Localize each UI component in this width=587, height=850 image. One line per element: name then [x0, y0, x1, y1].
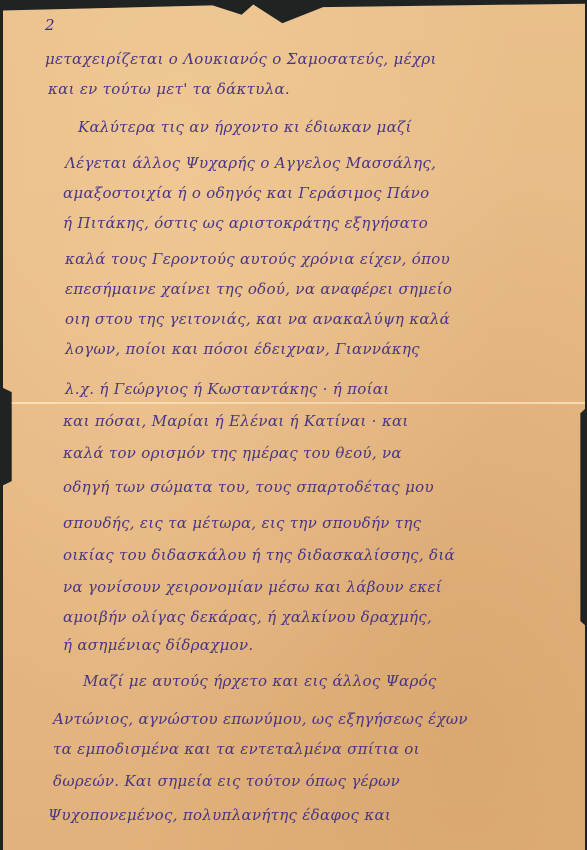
handwritten-line: καλά τον ορισμόν της ημέρας του θεού, να — [63, 444, 402, 462]
handwritten-line: οιη στου της γειτονιάς, και να ανακαλύψη… — [65, 310, 450, 328]
handwritten-line: σπουδής, εις τα μέτωρα, εις την σπουδήν … — [63, 514, 421, 532]
handwritten-line: και εν τούτω μετ' τα δάκτυλα. — [48, 80, 290, 98]
handwritten-line: ή Πιτάκης, όστις ως αριστοκράτης εξηγήσα… — [63, 214, 428, 232]
handwritten-line: οδηγή των σώματα του, τους σπαρτοδέτας μ… — [63, 478, 434, 496]
handwritten-line: Λέγεται άλλος Ψυχαρής ο Αγγελος Μασσάλης… — [65, 154, 436, 172]
handwritten-line: και πόσαι, Μαρίαι ή Ελέναι ή Κατίναι · κ… — [63, 412, 409, 430]
paper-fold-line — [3, 402, 585, 404]
page-number: 2 — [45, 16, 55, 34]
handwritten-line: καλά τους Γεροντούς αυτούς χρόνια είχεν,… — [65, 250, 450, 268]
handwritten-line: λογων, ποίοι και πόσοι έδειχναν, Γιαννάκ… — [65, 340, 420, 358]
handwritten-line: Καλύτερα τις αν ήρχοντο κι έδιωκαν μαζί — [78, 118, 412, 136]
handwritten-line: οικίας του διδασκάλου ή της διδασκαλίσση… — [63, 546, 455, 564]
handwritten-line: τα εμποδισμένα και τα εντεταλμένα σπίτια… — [53, 740, 420, 758]
handwritten-line: ή ασημένιας δίδραχμον. — [63, 636, 253, 654]
manuscript-page: 2 μεταχειρίζεται ο Λουκιανός ο Σαμοσατεύ… — [3, 2, 585, 850]
handwritten-line: αμαξοστοιχία ή ο οδηγός και Γεράσιμος Πά… — [63, 184, 429, 202]
handwritten-line: δωρεών. Και σημεία εις τούτον όπως γέρων — [53, 772, 400, 790]
handwritten-line: λ.χ. ή Γεώργιος ή Κωσταντάκης · ή ποίαι — [65, 380, 389, 398]
handwritten-line: Αντώνιος, αγνώστου επωνύμου, ως εξηγήσεω… — [53, 710, 468, 728]
handwritten-line: Ψυχοπονεμένος, πολυπλανήτης έδαφος και — [48, 806, 391, 824]
handwritten-line: επεσήμαινε χαίνει της οδού, να αναφέρει … — [65, 280, 452, 298]
handwritten-line: Μαζί με αυτούς ήρχετο και εις άλλος Ψαρό… — [83, 672, 437, 690]
handwritten-line: να γονίσουν χειρονομίαν μέσω και λάβουν … — [63, 578, 442, 596]
handwritten-line: μεταχειρίζεται ο Λουκιανός ο Σαμοσατεύς,… — [45, 50, 437, 68]
handwritten-line: αμοιβήν ολίγας δεκάρας, ή χαλκίνου δραχμ… — [63, 608, 432, 626]
